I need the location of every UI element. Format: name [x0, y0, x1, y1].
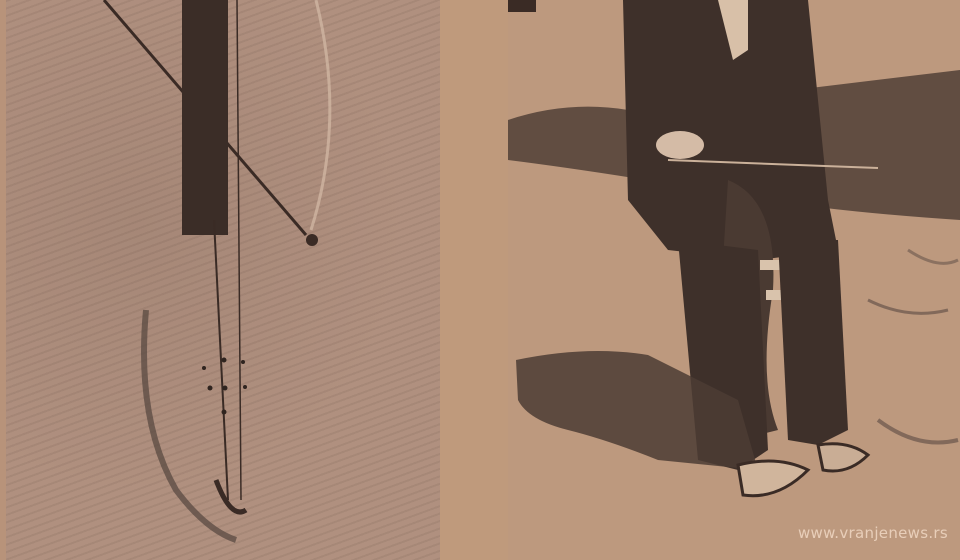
photo-seated-musician	[508, 0, 960, 560]
photo-instrument-on-wall	[6, 0, 440, 560]
instrument-illustration	[6, 0, 440, 560]
musician-illustration	[508, 0, 960, 560]
site-watermark: www.vranjenews.rs	[798, 524, 948, 542]
page-gutter	[440, 0, 512, 560]
scanned-newspaper-page: www.vranjenews.rs	[0, 0, 960, 560]
